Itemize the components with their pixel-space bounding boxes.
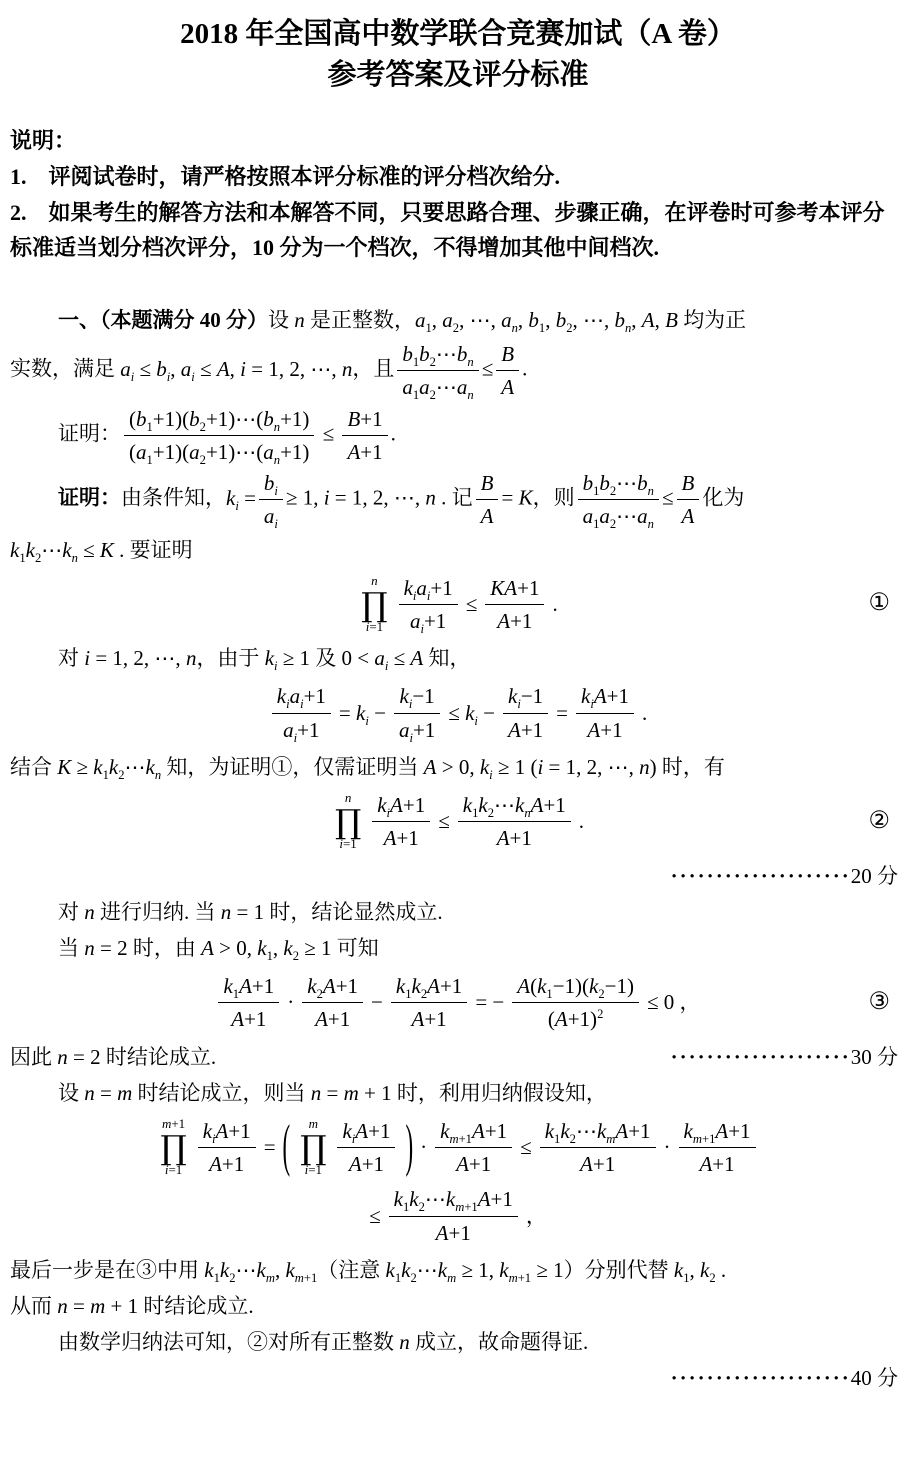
math-expression: B+1 <box>347 407 382 431</box>
math-expression: ≤ <box>317 421 339 445</box>
math-expression: ≤ 0 ， <box>647 986 701 1019</box>
fraction-numerator: k1k2⋯kmA+1 <box>540 1117 656 1148</box>
fraction-numerator: bi <box>259 469 283 500</box>
math-expression: ≤ <box>482 357 494 381</box>
fraction-numerator: B <box>496 340 519 371</box>
fraction-denominator: (A+1)2 <box>512 1003 639 1033</box>
math-expression: A+1 <box>315 1007 350 1031</box>
text-run: 最后一步是在③中用 <box>10 1258 204 1282</box>
text-run: 记 <box>446 486 472 510</box>
math-expression: A(k1−1)(k2−1) <box>517 974 634 998</box>
fraction-numerator: B <box>677 469 700 500</box>
math-expression: n = m + 1 <box>57 1294 138 1318</box>
math-expression: a1, a2, ⋯, an, b1, b2, ⋯, bn, A, B <box>415 308 678 332</box>
document-title: 2018 年全国高中数学联合竞赛加试（A 卷） 参考答案及评分标准 <box>10 14 906 96</box>
product-sign: ∏ <box>361 589 387 620</box>
math-expression: n = 2 <box>57 1045 100 1069</box>
text-run: 结合 <box>10 755 57 779</box>
fraction: biai <box>259 469 283 531</box>
equation-induction-line-1: m+1∏i=1kiA+1A+1=(m∏i=1kiA+1A+1)·km+1A+1A… <box>10 1117 906 1179</box>
bold-text: 证明： <box>58 486 121 510</box>
math-expression: . <box>552 588 557 621</box>
math-expression: ≤ <box>466 588 478 621</box>
product-lower-limit: i=1 <box>305 1163 322 1178</box>
math-expression: A <box>481 504 494 528</box>
text-run: 由条件知， <box>121 486 226 510</box>
math-expression: k1k2⋯km ≥ 1, km+1 ≥ 1 <box>386 1258 564 1282</box>
math-expression: ≤ ki − <box>448 697 495 730</box>
math-expression: k1k2⋯km+1A+1 <box>394 1187 513 1211</box>
text-run: 进行归纳. 当 <box>95 900 221 924</box>
proof-line-4: 结合 K ≥ k1k2⋯kn 知，为证明①，仅需证明当 A > 0, ki ≥ … <box>10 751 906 784</box>
math-expression: n = m <box>84 1081 132 1105</box>
math-expression: n = m + 1 <box>311 1081 392 1105</box>
math-expression: = K <box>501 486 532 510</box>
text-run: 对 <box>58 900 84 924</box>
math-expression: i = 1, 2, ⋯, n <box>84 646 196 670</box>
math-expression: A+1 <box>580 1152 615 1176</box>
math-expression: ≤ <box>438 805 450 838</box>
text-run: 证明： <box>58 421 121 445</box>
math-expression: A+1 <box>508 718 543 742</box>
text-run: ，由于 <box>196 646 264 670</box>
math-expression: ki−1 <box>400 684 435 708</box>
product-lower-limit: i=1 <box>165 1163 182 1178</box>
text-run: 由数学归纳法可知，②对所有正整数 <box>58 1330 399 1354</box>
fraction-numerator: kiai+1 <box>272 682 331 713</box>
score-dots: ···················· <box>671 864 851 888</box>
equation-number: ① <box>868 585 890 623</box>
math-expression: = − <box>475 986 504 1019</box>
text-run: 知， <box>423 646 470 670</box>
fraction: ki−1A+1 <box>503 682 548 744</box>
fraction: kiA+1A+1 <box>337 1117 395 1179</box>
line-text: 因此 n = 2 时结论成立. <box>10 1041 216 1074</box>
text-run: 时，结论显然成立. <box>264 900 443 924</box>
math-expression: ki−1 <box>508 684 543 708</box>
math-expression: k1k2A+1 <box>396 974 462 998</box>
text-run: 时，利用归纳假设知， <box>392 1081 607 1105</box>
proof-line-6: 当 n = 2 时，由 A > 0, k1, k2 ≥ 1 可知 <box>10 932 906 965</box>
math-expression: b1b2⋯bn <box>583 471 654 495</box>
math-expression: KA+1 <box>490 576 539 600</box>
math-expression: kiA+1 <box>203 1119 251 1143</box>
math-expression: ≥ 1, i = 1, 2, ⋯, n . <box>286 486 446 510</box>
fraction: k1k2A+1A+1 <box>391 972 467 1034</box>
fraction-numerator: k1A+1 <box>218 972 279 1003</box>
math-expression: k1k2⋯km, km+1 <box>204 1258 317 1282</box>
text-run: 对 <box>58 646 84 670</box>
fraction-denominator: A <box>677 500 700 530</box>
fraction: b1b2⋯bna1a2⋯an <box>397 340 478 402</box>
proof-line-8: 设 n = m 时结论成立，则当 n = m + 1 时，利用归纳假设知， <box>10 1077 906 1110</box>
fraction-denominator: a1a2⋯an <box>578 500 659 530</box>
math-expression: n <box>84 900 95 924</box>
fraction-numerator: ki−1 <box>394 682 440 713</box>
fraction-denominator: A+1 <box>540 1148 656 1178</box>
product-sign: ∏ <box>300 1132 326 1163</box>
equation-3: k1A+1A+1·k2A+1A+1−k1k2A+1A+1= −A(k1−1)(k… <box>10 972 906 1034</box>
fraction-numerator: k1k2⋯knA+1 <box>458 791 571 822</box>
fraction-numerator: k1k2⋯km+1A+1 <box>389 1185 518 1216</box>
math-expression: ≤ <box>662 486 674 510</box>
equation: n∏i=1kiai+1ai+1≤KA+1A+1. <box>358 574 557 636</box>
text-run: 时，有 <box>657 755 725 779</box>
text-run: 是正整数， <box>305 308 415 332</box>
note-item-1: 1. 评阅试卷时，请严格按照本评分标准的评分档次给分. <box>10 159 906 195</box>
proof-line-5: 对 n 进行归纳. 当 n = 1 时，结论显然成立. <box>10 896 906 929</box>
fraction: B+1A+1 <box>342 405 387 467</box>
math-expression: A+1 <box>412 1007 447 1031</box>
text-run: 时结论成立. <box>101 1045 217 1069</box>
text-run: 设 <box>58 1081 84 1105</box>
math-expression: A+1 <box>497 826 532 850</box>
fraction-denominator: A+1 <box>485 605 544 635</box>
fraction-numerator: B+1 <box>342 405 387 436</box>
math-expression: A+1 <box>497 609 532 633</box>
math-expression: A <box>682 504 695 528</box>
score-40: ····················40 分 <box>10 1362 906 1395</box>
math-expression: A+1 <box>349 1152 384 1176</box>
math-expression: kiA+1 <box>581 684 629 708</box>
fraction: ki−1ai+1 <box>394 682 440 744</box>
fraction: kiA+1A+1 <box>372 791 430 853</box>
fraction-denominator: A+1 <box>503 714 548 744</box>
fraction-numerator: (b1+1)(b2+1)⋯(bn+1) <box>124 405 314 436</box>
math-expression: kiai+1 <box>404 576 453 600</box>
fraction-denominator: A+1 <box>458 822 571 852</box>
product-lower-limit: i=1 <box>339 837 356 852</box>
product-symbol: n∏i=1 <box>335 791 361 852</box>
equation: ≤k1k2⋯km+1A+1A+1， <box>369 1185 547 1247</box>
math-expression: (b1+1)(b2+1)⋯(bn+1) <box>129 407 309 431</box>
text-run: 从而 <box>10 1294 57 1318</box>
fraction-numerator: b1b2⋯bn <box>578 469 659 500</box>
score-dots: ···················· <box>671 1366 851 1390</box>
fraction: (b1+1)(b2+1)⋯(bn+1)(a1+1)(a2+1)⋯(an+1) <box>124 405 314 467</box>
left-paren: ( <box>283 1101 291 1194</box>
proof-line-11: 由数学归纳法可知，②对所有正整数 n 成立，故命题得证. <box>10 1326 906 1359</box>
fraction: b1b2⋯bna1a2⋯an <box>578 469 659 531</box>
math-expression: ≤ <box>520 1131 532 1164</box>
fraction-numerator: b1b2⋯bn <box>397 340 478 371</box>
fraction-denominator: A+1 <box>302 1003 363 1033</box>
fraction-denominator: A+1 <box>576 714 634 744</box>
math-expression: ， <box>526 1200 547 1233</box>
math-expression: bi <box>264 471 278 495</box>
math-expression: = <box>556 697 568 730</box>
product-symbol: m+1∏i=1 <box>160 1117 186 1178</box>
fraction: k1A+1A+1 <box>218 972 279 1034</box>
text-run: 成立，故命题得证. <box>410 1330 589 1354</box>
math-expression: − <box>371 986 383 1019</box>
math-expression: k1k2⋯knA+1 <box>463 793 566 817</box>
math-expression: A+1 <box>456 1152 491 1176</box>
notes-section: 说明： 1. 评阅试卷时，请严格按照本评分标准的评分档次给分. 2. 如果考生的… <box>10 123 906 266</box>
fraction-numerator: kiA+1 <box>198 1117 256 1148</box>
text-run: 及 <box>310 646 342 670</box>
fraction: k1k2⋯knA+1A+1 <box>458 791 571 853</box>
math-expression: ai+1 <box>410 609 446 633</box>
score-dots: ···················· <box>671 1045 851 1069</box>
equation: m+1∏i=1kiA+1A+1=(m∏i=1kiA+1A+1)·km+1A+1A… <box>157 1117 758 1179</box>
fraction: km+1A+1A+1 <box>435 1117 512 1179</box>
fraction-denominator: A+1 <box>372 822 430 852</box>
text-run: 设 <box>268 308 294 332</box>
fraction-denominator: ai <box>259 500 283 530</box>
product-sign: ∏ <box>335 806 361 837</box>
proof-line-7: 因此 n = 2 时结论成立.····················30 分 <box>10 1041 906 1074</box>
fraction-denominator: A <box>496 371 519 401</box>
math-expression: k1, k2 . <box>674 1258 726 1282</box>
text-run: ，且 <box>352 357 394 381</box>
proof-line-3: 对 i = 1, 2, ⋯, n，由于 ki ≥ 1 及 0 < ai ≤ A … <box>10 642 906 675</box>
fraction-denominator: A+1 <box>391 1003 467 1033</box>
math-expression: ki = <box>226 486 256 510</box>
text-run: 当 <box>58 936 84 960</box>
equation-estimate: kiai+1ai+1= ki −ki−1ai+1≤ ki −ki−1A+1=ki… <box>10 682 906 744</box>
fraction-numerator: kiA+1 <box>372 791 430 822</box>
fraction-denominator: A+1 <box>679 1148 756 1178</box>
text-run: 均为正 <box>678 308 746 332</box>
math-expression: a1a2⋯an <box>402 375 473 399</box>
fraction: kiai+1ai+1 <box>399 574 458 636</box>
fraction-denominator: A+1 <box>218 1003 279 1033</box>
fraction: k1k2⋯kmA+1A+1 <box>540 1117 656 1179</box>
proof-line-1: 证明：由条件知，ki =biai≥ 1, i = 1, 2, ⋯, n . 记B… <box>10 469 906 531</box>
math-expression: A+1 <box>699 1152 734 1176</box>
math-expression: 0 < ai ≤ A <box>342 646 424 670</box>
fraction: BA <box>496 340 519 402</box>
text-run: 时，由 <box>128 936 202 960</box>
proof-line-10: 从而 n = m + 1 时结论成立. <box>10 1290 906 1323</box>
math-expression: A > 0, k1, k2 ≥ 1 <box>201 936 331 960</box>
fraction-numerator: km+1A+1 <box>679 1117 756 1148</box>
fraction-denominator: ai+1 <box>394 714 440 744</box>
fraction: kiA+1A+1 <box>198 1117 256 1179</box>
fraction-numerator: kiA+1 <box>576 682 634 713</box>
fraction-denominator: A+1 <box>342 436 387 466</box>
fraction: BA <box>677 469 700 531</box>
note-item-2: 2. 如果考生的解答方法和本解答不同，只要思路合理、步骤正确，在评卷时可参考本评… <box>10 195 906 266</box>
fraction-denominator: ai+1 <box>399 605 458 635</box>
equation-induction-line-2: ≤k1k2⋯km+1A+1A+1， <box>10 1185 906 1247</box>
math-expression: = ki − <box>339 697 386 730</box>
title-line-2: 参考答案及评分标准 <box>10 55 906 96</box>
math-expression: km+1A+1 <box>440 1119 507 1143</box>
fraction: BA <box>476 469 499 531</box>
fraction-numerator: kiA+1 <box>337 1117 395 1148</box>
math-expression: (a1+1)(a2+1)⋯(an+1) <box>129 440 309 464</box>
proof-line-2: k1k2⋯kn ≤ K . 要证明 <box>10 534 906 567</box>
math-expression: (A+1)2 <box>548 1007 603 1031</box>
text-run: 知，为证明①，仅需证明当 <box>161 755 424 779</box>
math-expression: . <box>642 697 647 730</box>
product-symbol: n∏i=1 <box>361 574 387 635</box>
math-expression: · <box>420 1131 427 1164</box>
score-label: 30 分 <box>851 1045 898 1069</box>
fraction-numerator: A(k1−1)(k2−1) <box>512 972 639 1003</box>
math-expression: B <box>682 471 695 495</box>
equation: n∏i=1kiA+1A+1≤k1k2⋯knA+1A+1. <box>332 791 584 853</box>
proof-line-9: 最后一步是在③中用 k1k2⋯km, km+1（注意 k1k2⋯km ≥ 1, … <box>10 1254 906 1287</box>
text-run: ，则 <box>533 486 575 510</box>
math-expression: k1k2⋯kn ≤ K . <box>10 538 124 562</box>
text-run: 实数，满足 <box>10 357 120 381</box>
math-expression: ≤ <box>369 1200 381 1233</box>
math-expression: a1a2⋯an <box>583 504 654 528</box>
problem-1-intro-line-1: 一、（本题满分 40 分）设 n 是正整数，a1, a2, ⋯, an, b1,… <box>10 304 906 337</box>
text-run: 要证明 <box>124 538 192 562</box>
math-expression: = <box>264 1131 276 1164</box>
fraction-denominator: A+1 <box>435 1148 512 1178</box>
text-run: 因此 <box>10 1045 57 1069</box>
math-expression: n = 1 <box>221 900 264 924</box>
math-expression: A+1 <box>587 718 622 742</box>
document-page: 2018 年全国高中数学联合竞赛加试（A 卷） 参考答案及评分标准 说明： 1.… <box>0 0 916 1475</box>
math-expression: B <box>501 342 514 366</box>
math-expression: ki ≥ 1 <box>265 646 310 670</box>
notes-heading: 说明： <box>10 123 906 159</box>
score-label: 20 分 <box>851 864 898 888</box>
problem-1-claim: 证明：(b1+1)(b2+1)⋯(bn+1)(a1+1)(a2+1)⋯(an+1… <box>10 405 906 467</box>
score-20: ····················20 分 <box>10 860 906 893</box>
fraction-numerator: km+1A+1 <box>435 1117 512 1148</box>
equation-number: ② <box>868 803 890 841</box>
product-sign: ∏ <box>160 1132 186 1163</box>
fraction-denominator: (a1+1)(a2+1)⋯(an+1) <box>124 436 314 466</box>
math-expression: ai <box>264 504 278 528</box>
math-expression: kiai+1 <box>277 684 326 708</box>
text-run: （注意 <box>317 1258 385 1282</box>
fraction-numerator: k1k2A+1 <box>391 972 467 1003</box>
fraction-numerator: ki−1 <box>503 682 548 713</box>
fraction: A(k1−1)(k2−1)(A+1)2 <box>512 972 639 1034</box>
fraction-denominator: ai+1 <box>272 714 331 744</box>
fraction-denominator: A+1 <box>198 1148 256 1178</box>
score-label: 40 分 <box>851 1366 898 1390</box>
fraction-numerator: KA+1 <box>485 574 544 605</box>
math-expression: b1b2⋯bn <box>402 342 473 366</box>
math-expression: A+1 <box>384 826 419 850</box>
fraction-denominator: A+1 <box>337 1148 395 1178</box>
equation: k1A+1A+1·k2A+1A+1−k1k2A+1A+1= −A(k1−1)(k… <box>215 972 700 1034</box>
text-run: ）分别代替 <box>564 1258 674 1282</box>
text-run: 化为 <box>702 486 744 510</box>
product-symbol: m∏i=1 <box>300 1117 326 1178</box>
math-expression: n = 2 <box>84 936 127 960</box>
problem-1-intro-line-2: 实数，满足 ai ≤ bi, ai ≤ A, i = 1, 2, ⋯, n，且b… <box>10 340 906 402</box>
math-expression: A+1 <box>231 1007 266 1031</box>
math-expression: A+1 <box>436 1221 471 1245</box>
fraction-denominator: a1a2⋯an <box>397 371 478 401</box>
math-expression: n <box>294 308 305 332</box>
math-expression: A+1 <box>209 1152 244 1176</box>
fraction: k2A+1A+1 <box>302 972 363 1034</box>
math-expression: ai ≤ bi, ai ≤ A, i = 1, 2, ⋯, n <box>120 357 352 381</box>
math-expression: · <box>287 986 294 1019</box>
math-expression: km+1A+1 <box>684 1119 751 1143</box>
fraction-numerator: kiai+1 <box>399 574 458 605</box>
text-run: 可知 <box>332 936 379 960</box>
solution-content: 一、（本题满分 40 分）设 n 是正整数，a1, a2, ⋯, an, b1,… <box>10 304 906 1396</box>
math-expression: . <box>391 421 396 445</box>
fraction: kiai+1ai+1 <box>272 682 331 744</box>
score: ····················30 分 <box>671 1041 898 1074</box>
math-expression: k2A+1 <box>307 974 358 998</box>
math-expression: K ≥ k1k2⋯kn <box>57 755 161 779</box>
math-expression: k1k2⋯kmA+1 <box>545 1119 651 1143</box>
math-expression: n <box>399 1330 410 1354</box>
math-expression: k1A+1 <box>223 974 274 998</box>
math-expression: A+1 <box>347 440 382 464</box>
math-expression: . <box>522 357 527 381</box>
fraction: k1k2⋯km+1A+1A+1 <box>389 1185 518 1247</box>
text-run: 时结论成立. <box>138 1294 254 1318</box>
right-paren: ) <box>405 1101 413 1194</box>
math-expression: . <box>579 805 584 838</box>
fraction-denominator: A+1 <box>389 1217 518 1247</box>
math-expression: · <box>664 1131 671 1164</box>
fraction-numerator: B <box>476 469 499 500</box>
fraction: kiA+1A+1 <box>576 682 634 744</box>
math-expression: A > 0, ki ≥ 1 (i = 1, 2, ⋯, n) <box>424 755 657 779</box>
math-expression: kiA+1 <box>342 1119 390 1143</box>
fraction-numerator: k2A+1 <box>302 972 363 1003</box>
math-expression: ai+1 <box>283 718 319 742</box>
equation-1: n∏i=1kiai+1ai+1≤KA+1A+1.① <box>10 574 906 636</box>
fraction-denominator: A <box>476 500 499 530</box>
fraction: km+1A+1A+1 <box>679 1117 756 1179</box>
math-expression: B <box>481 471 494 495</box>
fraction: KA+1A+1 <box>485 574 544 636</box>
bold-text: 一、（本题满分 40 分） <box>58 308 268 332</box>
equation-2: n∏i=1kiA+1A+1≤k1k2⋯knA+1A+1.② <box>10 791 906 853</box>
math-expression: A <box>501 375 514 399</box>
product-lower-limit: i=1 <box>366 620 383 635</box>
equation: kiai+1ai+1= ki −ki−1ai+1≤ ki −ki−1A+1=ki… <box>269 682 648 744</box>
math-expression: ai+1 <box>399 718 435 742</box>
equation-number: ③ <box>868 984 890 1022</box>
title-line-1: 2018 年全国高中数学联合竞赛加试（A 卷） <box>10 14 906 55</box>
math-expression: kiA+1 <box>377 793 425 817</box>
